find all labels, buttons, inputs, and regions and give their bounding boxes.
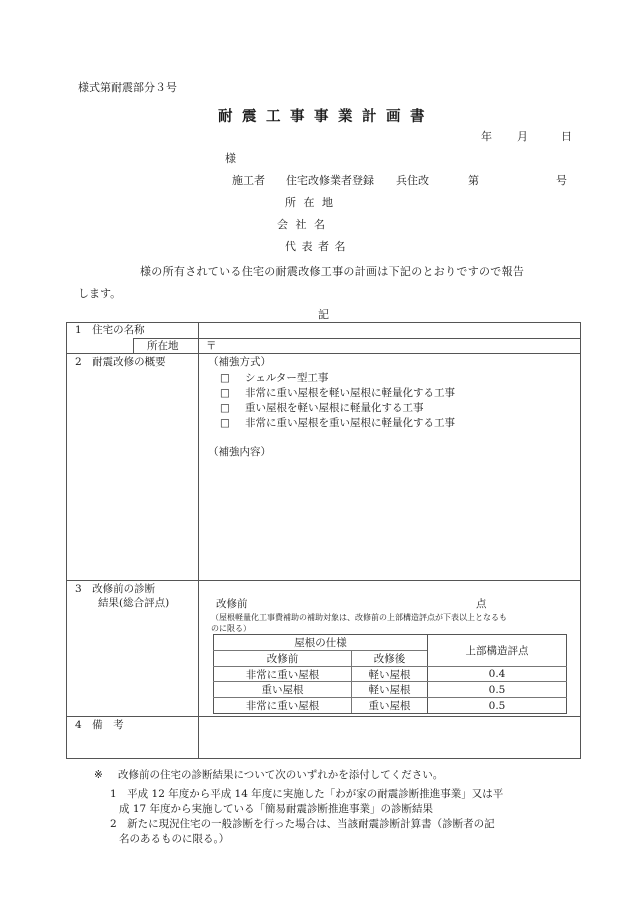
points-unit-label: 点 bbox=[476, 598, 487, 611]
diagnosis-label-line-2: 結果(総合評点) bbox=[98, 597, 169, 610]
header-roof-spec: 屋根の仕様 bbox=[214, 635, 427, 650]
footnote-item-1-line-2: 成 17 年度から実施している「簡易耐震診断推進事業」の診断結果 bbox=[119, 803, 433, 816]
intro-line-2: します。 bbox=[78, 287, 121, 300]
option-checkbox-very-heavy-to-heavy[interactable]: □ bbox=[220, 417, 230, 430]
contractor-label: 施工者 bbox=[232, 174, 265, 187]
table-row-1-score: 0.4 bbox=[428, 667, 566, 681]
recipient-suffix: 様 bbox=[225, 152, 236, 165]
footnote-item-1-line-1: 1 平成 12 年度から平成 14 年度に実施した「わが家の耐震診断推進事業」又… bbox=[110, 788, 503, 801]
representative-label: 代 表 者 名 bbox=[285, 240, 347, 253]
postal-mark: 〒 bbox=[206, 340, 217, 353]
option-checkbox-shelter[interactable]: □ bbox=[220, 372, 230, 385]
before-score-label: 改修前 bbox=[216, 598, 248, 611]
intro-line-1: 様の所有されている住宅の耐震改修工事の計画は下記のとおりですので報告 bbox=[140, 265, 524, 278]
table-row-2-before: 重い屋根 bbox=[214, 682, 351, 697]
option-label-shelter: シェルター型工事 bbox=[245, 372, 328, 385]
header-before: 改修前 bbox=[214, 651, 351, 666]
table-row-1-after: 軽い屋根 bbox=[352, 667, 427, 681]
option-checkbox-heavy-to-light[interactable]: □ bbox=[220, 402, 230, 415]
table-row-3-score: 0.5 bbox=[428, 698, 566, 713]
header-after: 改修後 bbox=[352, 651, 427, 666]
subsidy-note-line-2: のに限る） bbox=[211, 623, 251, 634]
footnote-text: 改修前の住宅の診断結果について次のいずれかを添付してください。 bbox=[118, 769, 443, 782]
date-month-label: 月 bbox=[517, 130, 528, 143]
house-address-field[interactable] bbox=[218, 339, 578, 353]
subsidy-note-line-1: （屋根軽量化工事費補助の補助対象は、改修前の上部構造評点が下表以上となるも bbox=[211, 612, 507, 623]
registration-number-prefix: 第 bbox=[468, 174, 479, 187]
footnote-mark: ※ bbox=[94, 769, 103, 782]
reinforcement-method-heading: （補強方式） bbox=[208, 356, 271, 369]
table-row-3-after: 重い屋根 bbox=[352, 698, 427, 713]
table-row-1-before: 非常に重い屋根 bbox=[214, 667, 351, 681]
form-number: 様式第耐震部分３号 bbox=[78, 81, 177, 94]
option-label-very-heavy-to-heavy: 非常に重い屋根を重い屋根に軽量化する工事 bbox=[245, 417, 455, 430]
ki-label: 記 bbox=[318, 308, 329, 321]
house-name-label: 1 住宅の名称 bbox=[75, 324, 145, 337]
renovation-overview-label: 2 耐震改修の概要 bbox=[75, 356, 166, 369]
remarks-label: 4 備 考 bbox=[75, 719, 124, 732]
page-title: 耐震工事事業計画書 bbox=[218, 105, 434, 126]
date-day-label: 日 bbox=[561, 130, 572, 143]
table-row-2-after: 軽い屋根 bbox=[352, 682, 427, 697]
house-name-field[interactable] bbox=[200, 323, 578, 337]
registration-label: 住宅改修業者登録 bbox=[286, 174, 374, 187]
reinforcement-content-heading: （補強内容） bbox=[208, 446, 271, 459]
table-row-2-score: 0.5 bbox=[428, 682, 566, 697]
diagnosis-label-line-1: 3 改修前の診断 bbox=[75, 583, 155, 596]
table-row-3-before: 非常に重い屋根 bbox=[214, 698, 351, 713]
registration-prefix: 兵住改 bbox=[396, 174, 429, 187]
registration-number-suffix: 号 bbox=[556, 174, 567, 187]
option-checkbox-very-heavy-to-light[interactable]: □ bbox=[220, 387, 230, 400]
before-score-field[interactable] bbox=[262, 596, 472, 610]
header-upper-structure-score: 上部構造評点 bbox=[428, 635, 566, 666]
reinforcement-content-field[interactable] bbox=[205, 462, 575, 574]
footnote-item-2-line-1: 2 新たに現況住宅の一般診断を行った場合は、当該耐震診断計算書（診断者の記 bbox=[110, 818, 495, 831]
option-label-very-heavy-to-light: 非常に重い屋根を軽い屋根に軽量化する工事 bbox=[245, 387, 455, 400]
house-address-label: 所在地 bbox=[147, 340, 179, 353]
date-year-label: 年 bbox=[481, 130, 492, 143]
company-name-label: 会 社 名 bbox=[277, 218, 327, 231]
address-label: 所 在 地 bbox=[285, 196, 335, 209]
remarks-field[interactable] bbox=[200, 718, 578, 757]
option-label-heavy-to-light: 重い屋根を軽い屋根に軽量化する工事 bbox=[245, 402, 424, 415]
footnote-item-2-line-2: 名のあるものに限る。） bbox=[119, 833, 229, 846]
